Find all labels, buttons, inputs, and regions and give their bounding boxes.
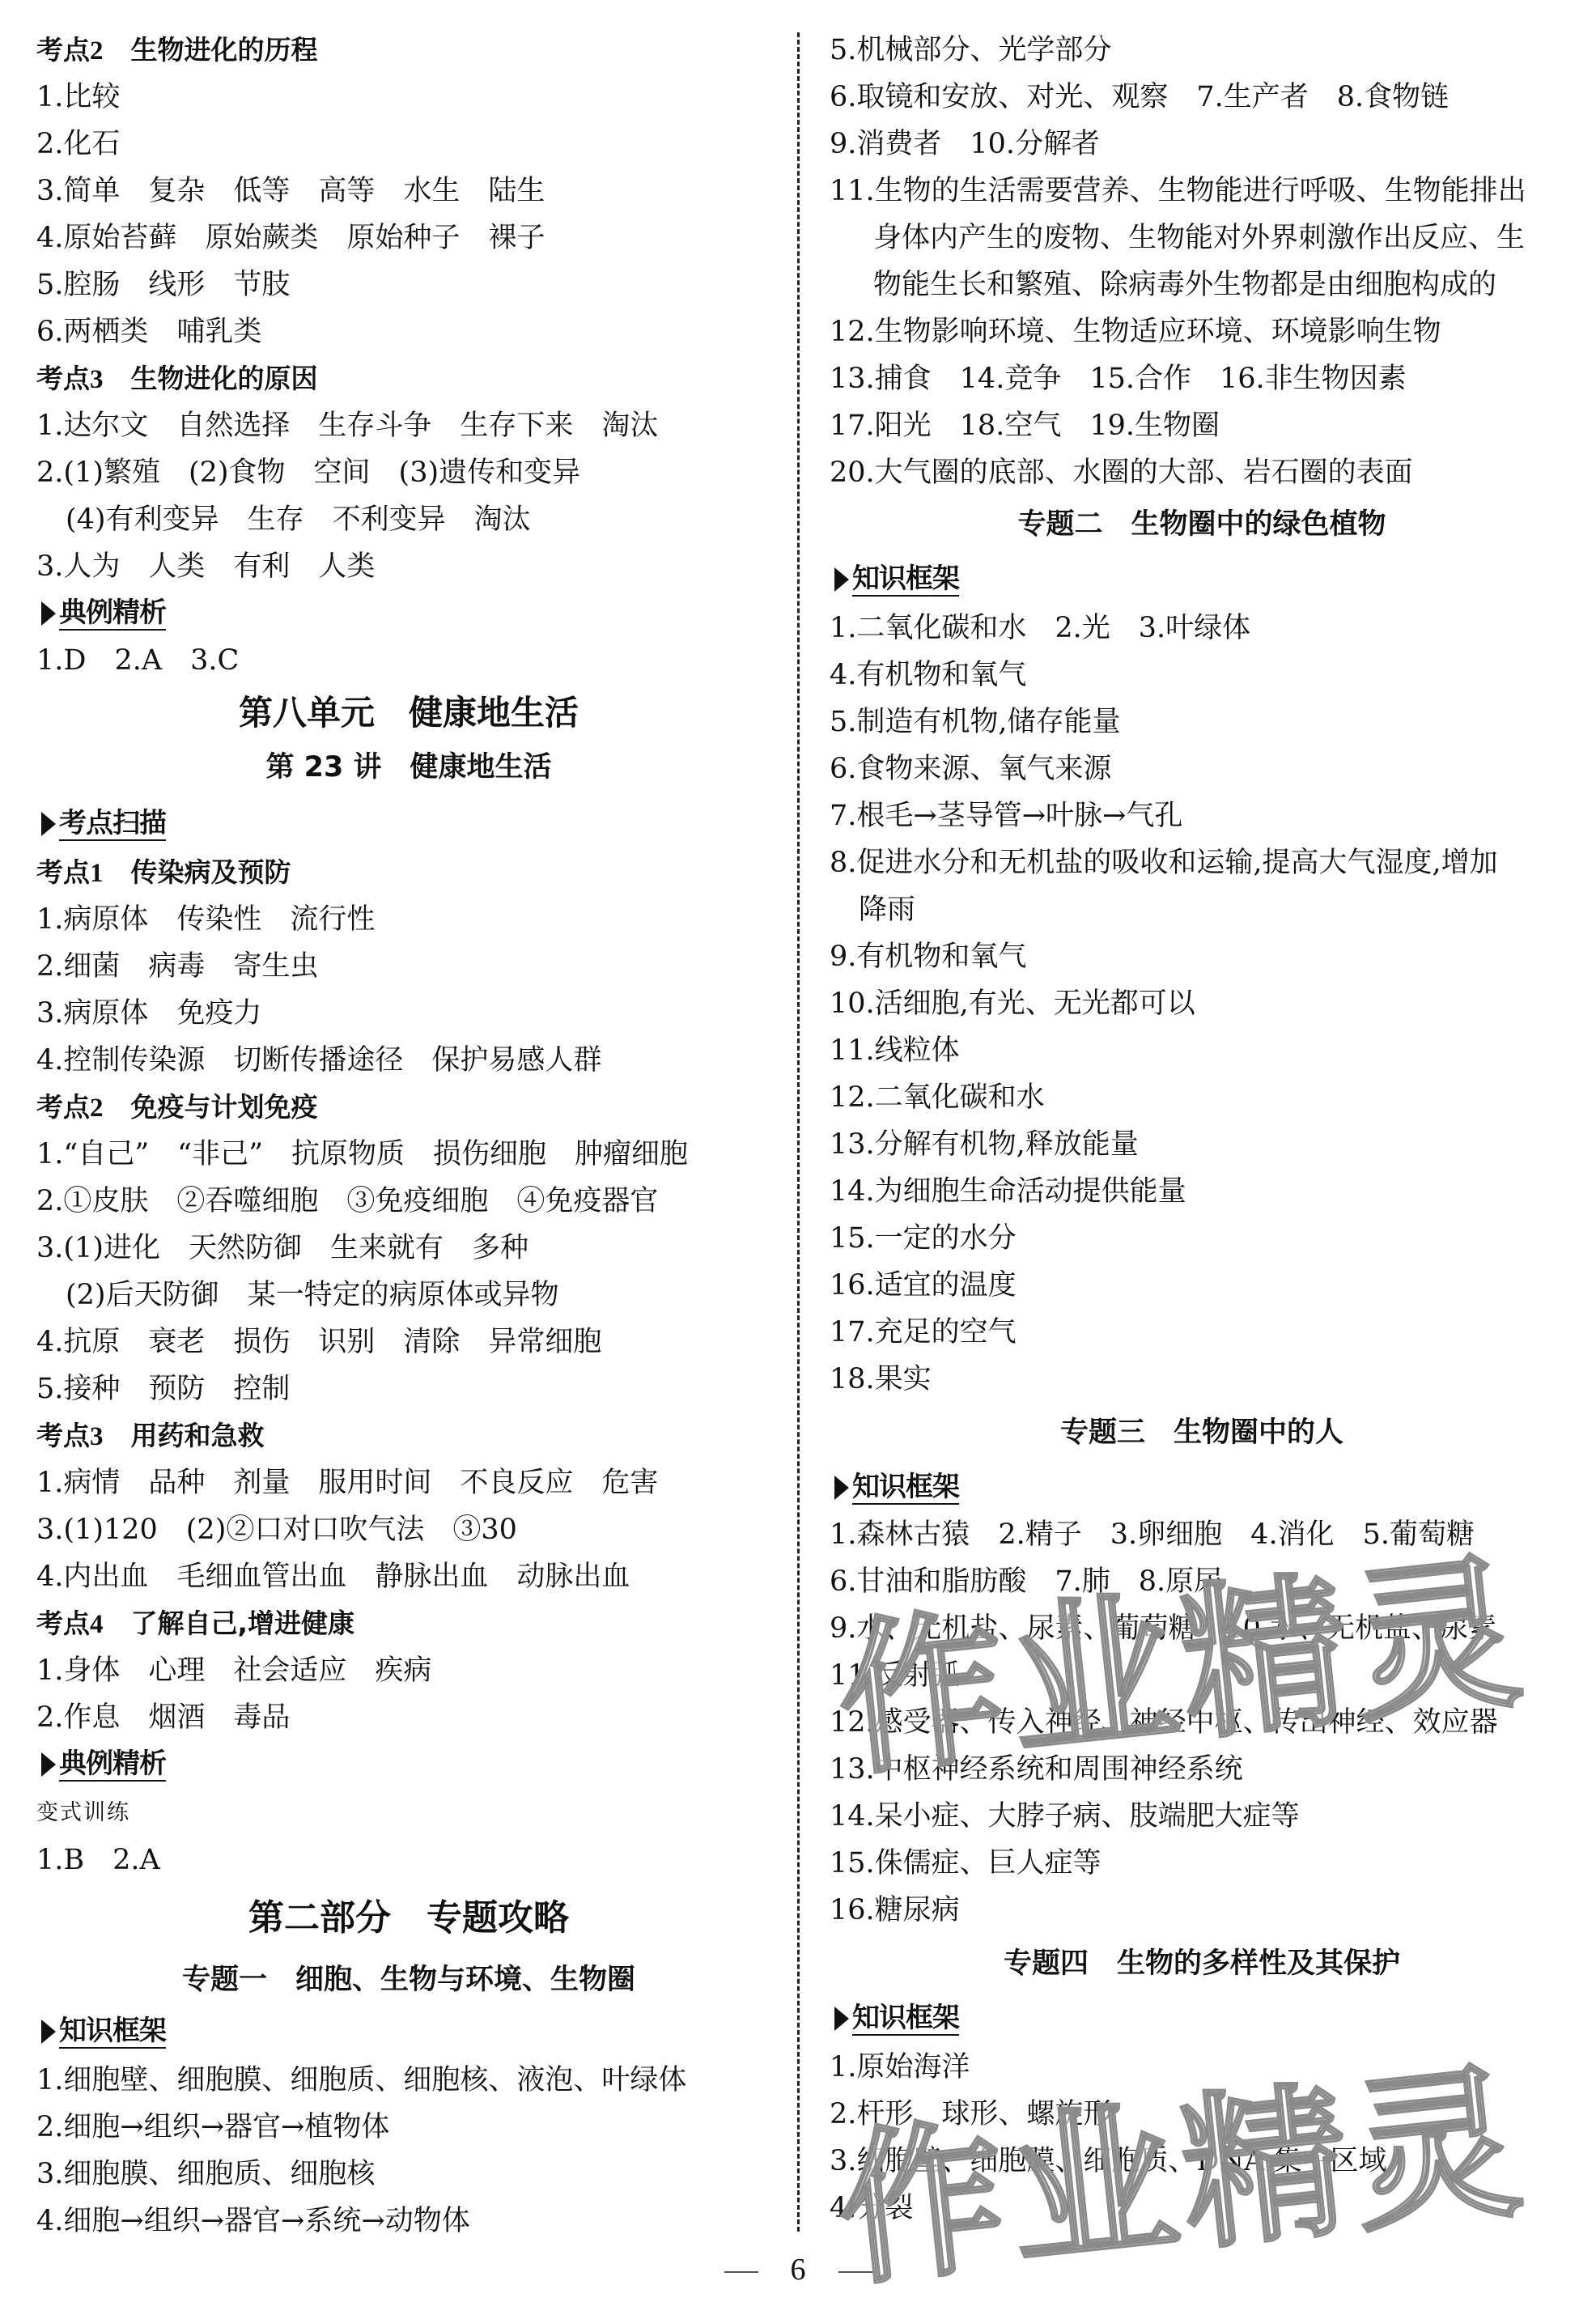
answer-key-page: 考点2生物进化的历程1.比较2.化石3.简单 复杂 低等 高等 水生 陆生4.原…: [0, 0, 1596, 2319]
kaodian-title: 了解自己,增进健康: [131, 1608, 355, 1639]
answer-line: 物能生长和繁殖、除病毒外生物都是由细胞构成的: [873, 267, 1496, 303]
answer-line: 18.果实: [830, 1361, 932, 1397]
answer-line: 1.B 2.A: [36, 1842, 160, 1878]
answer-line: 6.食物来源、氧气来源: [830, 751, 1111, 787]
answer-line: 16.适宜的温度: [830, 1268, 1017, 1303]
answer-line: 3.(1)进化 天然防御 生来就有 多种: [36, 1230, 528, 1266]
kaodian-label: 考点: [36, 1091, 90, 1123]
answer-line: 1.森林古猿 2.精子 3.卵细胞 4.消化 5.葡萄糖: [830, 1517, 1475, 1552]
kaodian-label: 考点: [36, 363, 90, 394]
answer-line: 11.生物的生活需要营养、生物能进行呼吸、生物能排出: [830, 173, 1526, 209]
answer-line: 1.细胞壁、细胞膜、细胞质、细胞核、液泡、叶绿体: [36, 2062, 686, 2098]
answer-line: 4.细胞→组织→器官→系统→动物体: [36, 2203, 470, 2239]
page-number: 6: [0, 2252, 1596, 2287]
section-heading: 知识框架: [830, 2001, 959, 2037]
answer-line: 3.(1)120 (2)②口对口吹气法 ③30: [36, 1512, 517, 1548]
answer-line: 3.病原体 免疫力: [36, 996, 261, 1031]
answer-line: 3.细胞膜、细胞质、细胞核: [36, 2156, 375, 2192]
answer-line: 11.反射弧: [830, 1658, 960, 1693]
section-heading: 知识框架: [830, 562, 959, 597]
section-heading: 知识框架: [36, 2014, 166, 2049]
answer-line: 15.一定的水分: [830, 1221, 1017, 1256]
kaodian-number: 2: [90, 1094, 104, 1123]
kaodian-title: 免疫与计划免疫: [131, 1091, 318, 1123]
triangle-right-icon: [41, 812, 56, 836]
answer-line: 12.感受器、传入神经、神经中枢、传出神经、效应器: [830, 1705, 1498, 1740]
section-heading: 知识框架: [830, 1470, 959, 1506]
subsection-label: 变式训练: [36, 1795, 130, 1831]
answer-line: 2.作息 烟酒 毒品: [36, 1700, 290, 1735]
answer-line: 16.糖尿病: [830, 1892, 960, 1928]
answer-line: 1.达尔文 自然选择 生存斗争 生存下来 淘汰: [36, 408, 658, 444]
section-label: 典例精析: [59, 1748, 166, 1782]
right-column: 5.机械部分、光学部分6.取镜和安放、对光、观察 7.生产者 8.食物链9.消费…: [830, 0, 1574, 2319]
section-heading: 考点扫描: [36, 806, 166, 842]
topic-title: 专题四 生物的多样性及其保护: [830, 1946, 1574, 1981]
answer-line: 6.取镜和安放、对光、观察 7.生产者 8.食物链: [830, 79, 1449, 115]
kaodian-label: 考点: [36, 1608, 90, 1639]
answer-line: 4.分裂: [830, 2190, 913, 2226]
kaodian-label: 考点: [36, 1420, 90, 1451]
answer-line: 8.促进水分和无机盐的吸收和运输,提高大气湿度,增加: [830, 845, 1498, 881]
unit-title: 第二部分 专题攻略: [36, 1897, 781, 1939]
answer-line: 4.原始苔藓 原始蕨类 原始种子 裸子: [36, 220, 545, 256]
answer-line: 2.化石: [36, 126, 120, 162]
answer-line: 1.身体 心理 社会适应 疾病: [36, 1653, 431, 1688]
triangle-right-icon: [834, 2007, 849, 2031]
page-number-text: 6: [791, 2253, 806, 2287]
answer-line: 4.抗原 衰老 损伤 识别 清除 异常细胞: [36, 1324, 601, 1360]
kaodian-heading: 考点3用药和急救: [36, 1418, 265, 1454]
answer-line: 1.比较: [36, 79, 120, 115]
triangle-right-icon: [834, 1476, 849, 1500]
kaodian-title: 生物进化的原因: [131, 363, 318, 394]
kaodian-number: 2: [90, 36, 104, 66]
answer-line: 7.根毛→茎导管→叶脉→气孔: [830, 798, 1182, 834]
answer-line: 13.分解有机物,释放能量: [830, 1127, 1139, 1162]
answer-line: 15.侏儒症、巨人症等: [830, 1845, 1101, 1881]
kaodian-number: 1: [90, 859, 104, 888]
section-label: 知识框架: [852, 2003, 959, 2036]
answer-line: 4.有机物和氧气: [830, 657, 1026, 693]
answer-line: 1.原始海洋: [830, 2049, 970, 2085]
topic-title: 专题三 生物圈中的人: [830, 1415, 1574, 1450]
answer-line: 9.消费者 10.分解者: [830, 126, 1100, 162]
answer-line: 6.两栖类 哺乳类: [36, 314, 261, 350]
answer-line: 9.水、无机盐、尿素、葡萄糖 10.水、无机盐、尿素: [830, 1611, 1496, 1646]
answer-line: 4.控制传染源 切断传播途径 保护易感人群: [36, 1043, 601, 1078]
answer-line: 降雨: [859, 892, 915, 928]
answer-line: 3.细胞壁、细胞膜、细胞质、DNA 集中区域: [830, 2143, 1386, 2179]
answer-line: 2.细菌 病毒 寄生虫: [36, 949, 318, 984]
answer-line: 17.充足的空气: [830, 1315, 1017, 1350]
kaodian-label: 考点: [36, 856, 90, 888]
answer-line: 5.腔肠 线形 节肢: [36, 267, 290, 303]
answer-line: 12.生物影响环境、生物适应环境、环境影响生物: [830, 314, 1441, 350]
answer-line: 1.病情 品种 剂量 服用时间 不良反应 危害: [36, 1465, 658, 1501]
left-column: 考点2生物进化的历程1.比较2.化石3.简单 复杂 低等 高等 水生 陆生4.原…: [36, 0, 781, 2319]
answer-line: 1.D 2.A 3.C: [36, 643, 239, 678]
answer-line: 5.接种 预防 控制: [36, 1371, 290, 1407]
dash-right: [838, 2271, 872, 2273]
column-divider: [797, 32, 800, 2232]
unit-title: 第八单元 健康地生活: [36, 692, 781, 734]
kaodian-heading: 考点1传染病及预防: [36, 855, 291, 890]
triangle-right-icon: [41, 2020, 56, 2044]
dash-left: [724, 2271, 758, 2273]
section-label: 知识框架: [852, 1472, 959, 1505]
answer-line: 2.细胞→组织→器官→植物体: [36, 2109, 389, 2145]
kaodian-heading: 考点4了解自己,增进健康: [36, 1606, 354, 1642]
section-label: 知识框架: [59, 2015, 166, 2049]
kaodian-title: 传染病及预防: [131, 856, 291, 888]
answer-line: (4)有利变异 生存 不利变异 淘汰: [66, 502, 531, 537]
kaodian-title: 生物进化的历程: [131, 34, 318, 66]
answer-line: 14.为细胞生命活动提供能量: [830, 1174, 1186, 1209]
answer-line: 4.内出血 毛细血管出血 静脉出血 动脉出血: [36, 1559, 630, 1595]
answer-line: 12.二氧化碳和水: [830, 1080, 1045, 1115]
kaodian-number: 4: [90, 1610, 104, 1639]
kaodian-title: 用药和急救: [131, 1420, 265, 1451]
kaodian-heading: 考点2生物进化的历程: [36, 32, 318, 68]
triangle-right-icon: [834, 567, 849, 592]
answer-line: 6.甘油和脂肪酸 7.肺 8.原尿: [830, 1564, 1222, 1599]
answer-line: 14.呆小症、大脖子病、肢端肥大症等: [830, 1799, 1300, 1834]
answer-line: 5.制造有机物,储存能量: [830, 704, 1121, 740]
section-heading: 典例精析: [36, 596, 166, 631]
answer-line: 5.机械部分、光学部分: [830, 32, 1111, 68]
section-heading: 典例精析: [36, 1747, 166, 1782]
topic-title: 专题二 生物圈中的绿色植物: [830, 507, 1574, 542]
answer-line: 9.有机物和氧气: [830, 939, 1026, 975]
kaodian-heading: 考点2免疫与计划免疫: [36, 1089, 318, 1125]
answer-line: 11.线粒体: [830, 1033, 960, 1068]
section-label: 考点扫描: [59, 808, 166, 841]
triangle-right-icon: [41, 601, 56, 626]
kaodian-heading: 考点3生物进化的原因: [36, 361, 318, 397]
answer-line: 2.杆形、球形、螺旋形: [830, 2096, 1111, 2132]
topic-title: 第 23 讲 健康地生活: [36, 750, 781, 785]
answer-line: 17.阳光 18.空气 19.生物圈: [830, 408, 1220, 444]
answer-line: 3.简单 复杂 低等 高等 水生 陆生: [36, 173, 545, 209]
answer-line: 身体内产生的废物、生物能对外界刺激作出反应、生: [873, 220, 1525, 256]
answer-line: 13.捕食 14.竞争 15.合作 16.非生物因素: [830, 361, 1407, 397]
kaodian-number: 3: [90, 365, 104, 394]
section-label: 典例精析: [59, 597, 166, 631]
answer-line: 1.二氧化碳和水 2.光 3.叶绿体: [830, 610, 1250, 646]
answer-line: 13.中枢神经系统和周围神经系统: [830, 1752, 1243, 1787]
kaodian-label: 考点: [36, 34, 90, 66]
answer-line: 1.病原体 传染性 流行性: [36, 902, 375, 937]
section-label: 知识框架: [852, 563, 959, 597]
answer-line: (2)后天防御 某一特定的病原体或异物: [66, 1277, 559, 1313]
answer-line: 10.活细胞,有光、无光都可以: [830, 986, 1195, 1021]
topic-title: 专题一 细胞、生物与环境、生物圈: [36, 1962, 781, 1998]
answer-line: 1.“自己” “非己” 抗原物质 损伤细胞 肿瘤细胞: [36, 1136, 688, 1172]
answer-line: 20.大气圈的底部、水圈的大部、岩石圈的表面: [830, 455, 1413, 491]
answer-line: 2.(1)繁殖 (2)食物 空间 (3)遗传和变异: [36, 455, 580, 491]
triangle-right-icon: [41, 1752, 56, 1777]
answer-line: 3.人为 人类 有利 人类: [36, 549, 375, 584]
answer-line: 2.①皮肤 ②吞噬细胞 ③免疫细胞 ④免疫器官: [36, 1183, 658, 1219]
kaodian-number: 3: [90, 1422, 104, 1451]
